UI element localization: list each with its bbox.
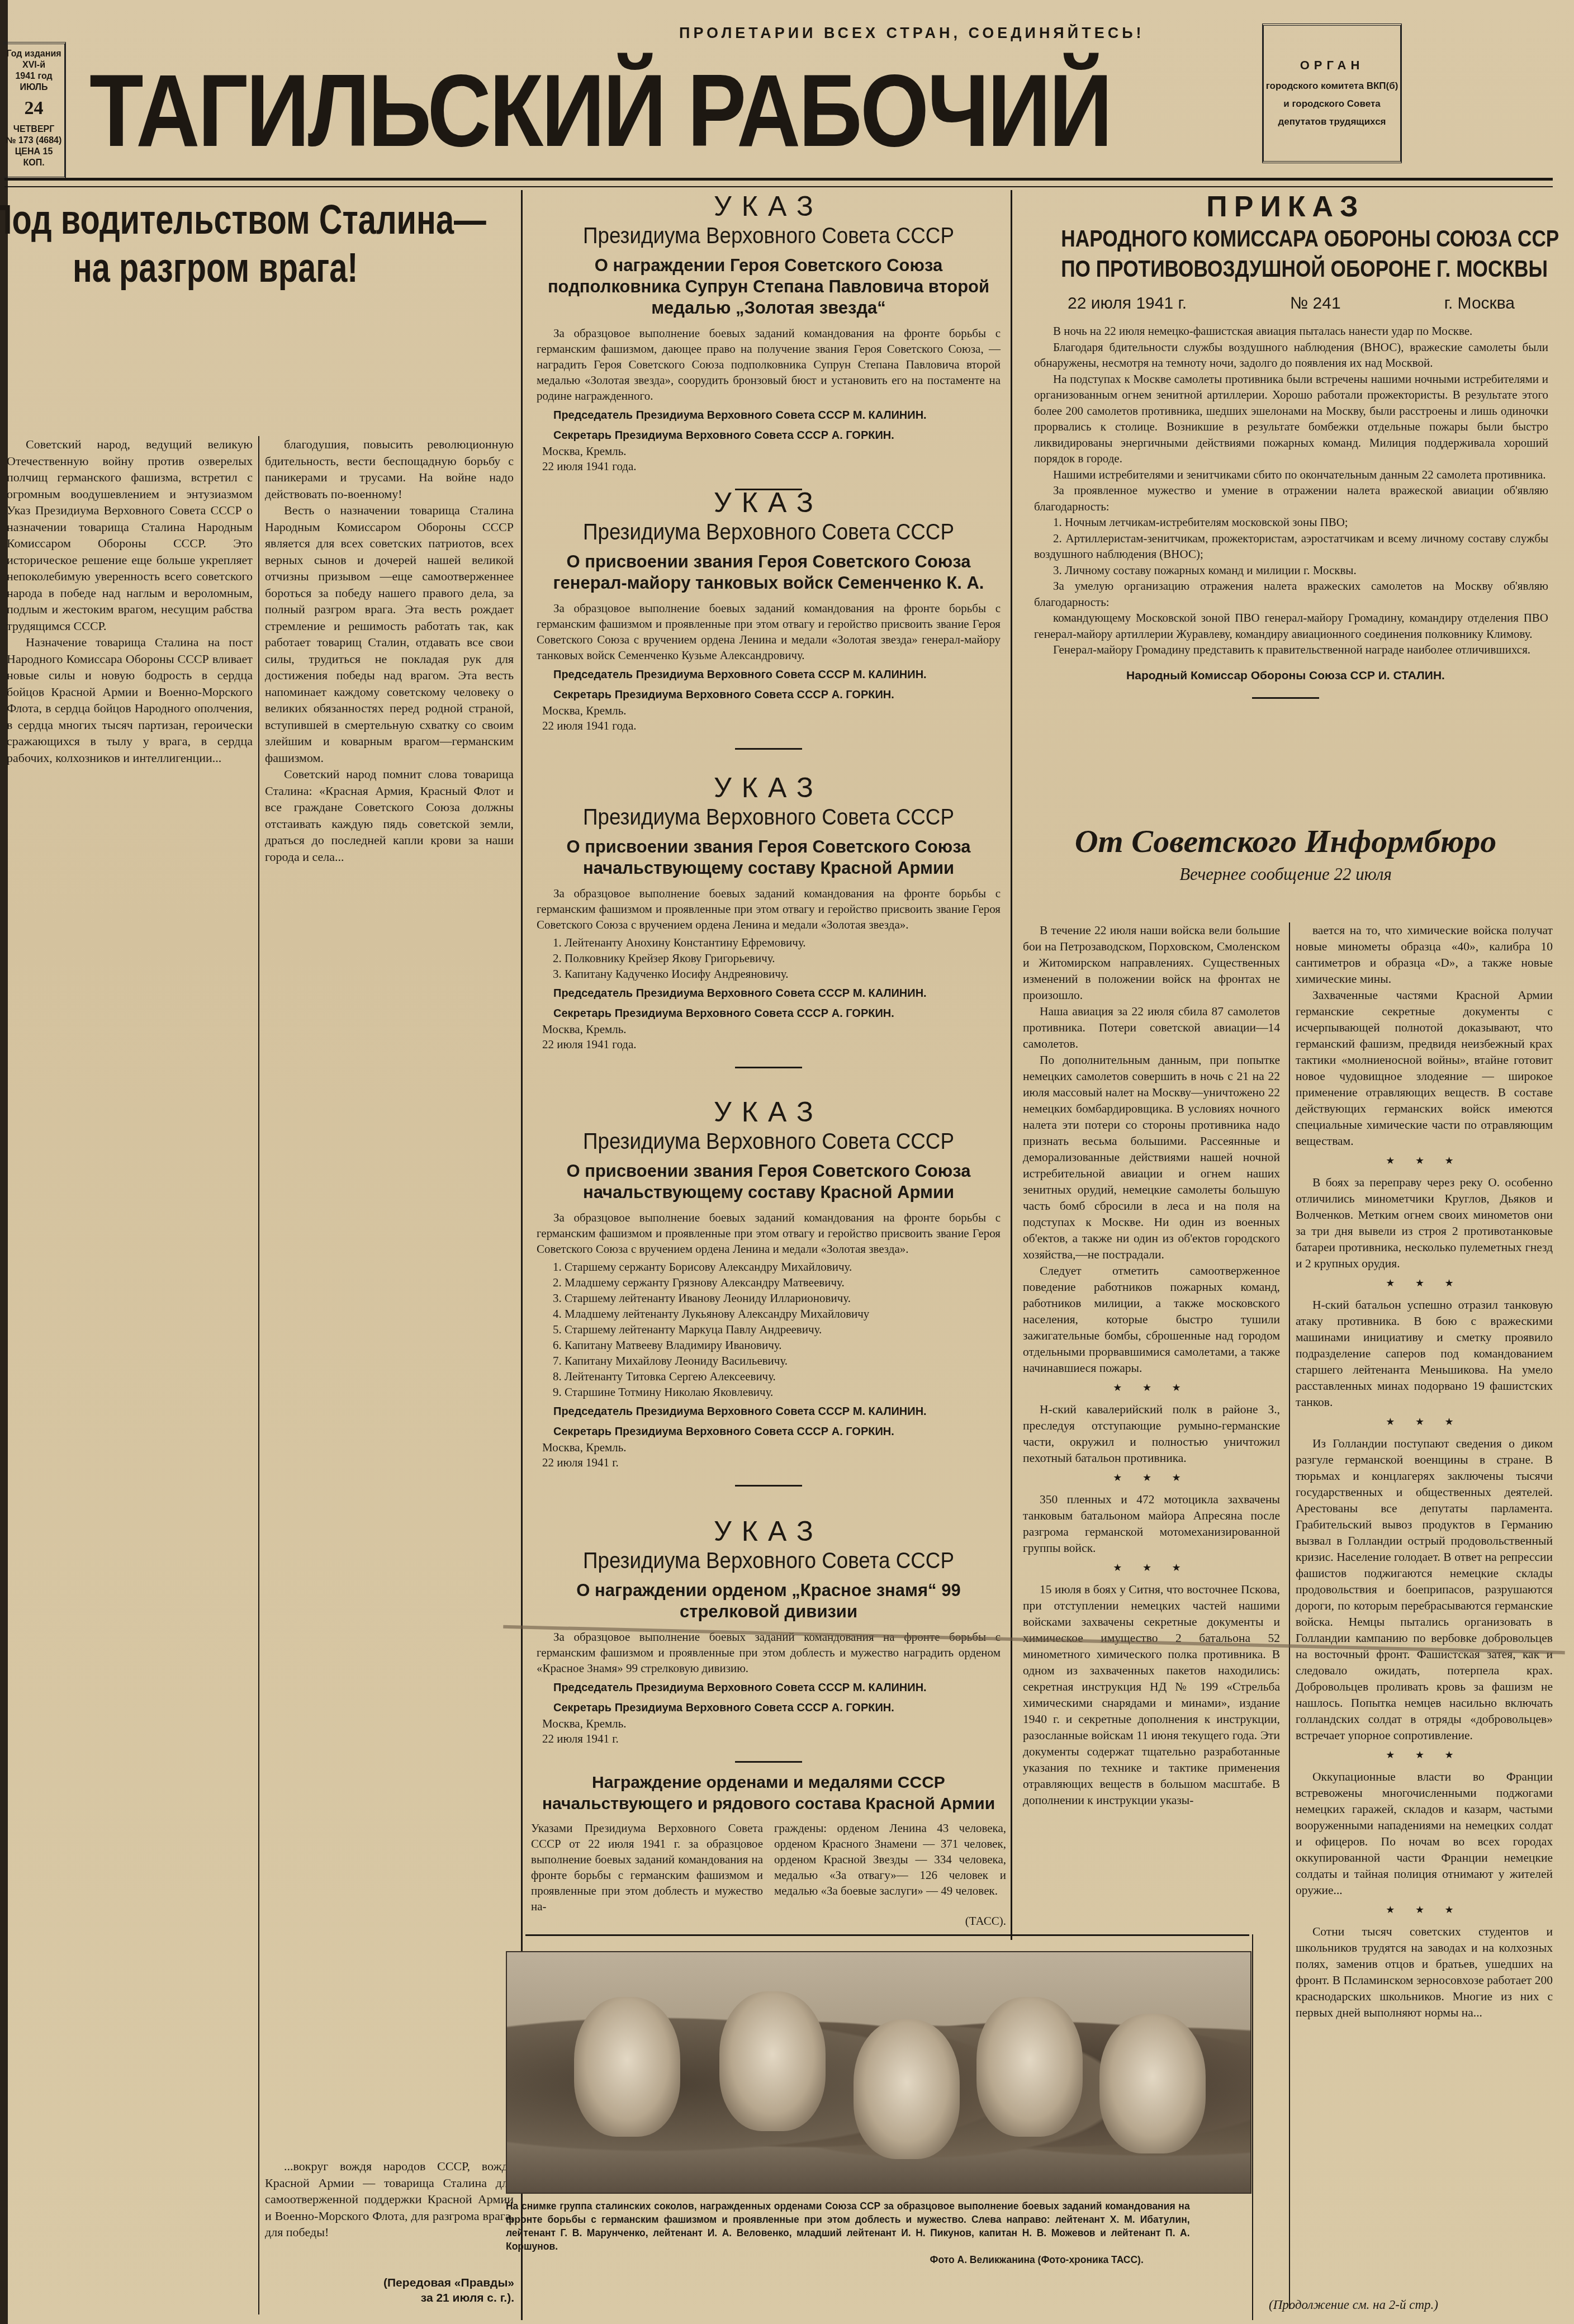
decree-text: За образцовое выполнение боевых заданий … xyxy=(537,600,1001,663)
decree-subject: О награждении орденом „Красное знамя“ 99… xyxy=(531,1580,1006,1622)
decree-list-item: Младшему сержанту Грязнову Александру Ма… xyxy=(565,1275,1006,1290)
decree-issuer: Президиума Верховного Совета СССР xyxy=(550,223,987,249)
section-stars: ★ ★ ★ xyxy=(1296,1275,1553,1291)
paragraph: В течение 22 июля наши войска вели больш… xyxy=(1023,922,1280,1004)
decree-list-item: Старшему лейтенанту Иванову Леониду Илла… xyxy=(565,1290,1006,1306)
decree-secretary: Секретарь Президиума Верховного Совета С… xyxy=(553,1005,1006,1022)
paragraph: Оккупационные власти во Франции встревож… xyxy=(1296,1769,1553,1899)
decree-date: 22 июля 1941 года. xyxy=(542,718,1006,733)
decree-word: УКАЗ xyxy=(531,771,1006,804)
photo-credit: Фото А. Великжанина (Фото-хроника ТАСС). xyxy=(506,2254,1144,2267)
decree-list-item: Полковнику Крейзер Якову Григорьевичу. xyxy=(565,950,1006,966)
decree: УКАЗПрезидиума Верховного Совета СССРО п… xyxy=(531,1096,1006,1487)
section-rule xyxy=(735,748,802,750)
awards-source: (ТАСС). xyxy=(531,1914,1006,1928)
decree-secretary: Секретарь Президиума Верховного Совета С… xyxy=(553,687,1006,703)
awards-article: Награждение орденами и медалями СССР нач… xyxy=(531,1772,1006,1928)
decree-list-item: Лейтенанту Анохину Константину Ефремович… xyxy=(565,935,1006,950)
order-title-line2: ПО ПРОТИВОВОЗДУШНОЙ ОБОРОНЕ Г. МОСКВЫ xyxy=(1061,254,1510,284)
decree-list-item: Капитану Кадученко Иосифу Андреяновичу. xyxy=(565,966,1006,982)
pilot-portrait xyxy=(574,1997,680,2137)
day: 24 xyxy=(3,97,64,121)
month: ИЮЛЬ xyxy=(3,82,64,93)
decree-text: За образцовое выполнение боевых заданий … xyxy=(537,325,1001,404)
decree-subject: О присвоении звания Героя Советского Сою… xyxy=(531,551,1006,594)
pilot-portrait xyxy=(854,2019,960,2159)
decree: УКАЗПрезидиума Верховного Совета СССРО п… xyxy=(531,771,1006,1068)
informburo-column-2: вается на то, что химические войска полу… xyxy=(1296,922,1553,2303)
paragraph: Из Голландии поступают сведения о диком … xyxy=(1296,1436,1553,1744)
column-divider xyxy=(258,436,259,2314)
section-rule xyxy=(1252,697,1319,699)
decree-list-item: Старшине Тотмину Николаю Яковлевичу. xyxy=(565,1384,1006,1400)
decree-issuer: Президиума Верховного Совета СССР xyxy=(550,1128,987,1155)
decree-text: За образцовое выполнение боевых заданий … xyxy=(537,1210,1001,1257)
paragraph: 3. Личному составу пожарных команд и мил… xyxy=(1034,562,1548,579)
decree-place: Москва, Кремль. xyxy=(542,444,1006,459)
section-stars: ★ ★ ★ xyxy=(1296,1902,1553,1918)
organ-line: городского комитета ВКП(б) xyxy=(1264,77,1400,95)
issue-number: № 173 (4684) xyxy=(3,135,64,146)
section-stars: ★ ★ ★ xyxy=(1023,1470,1280,1486)
paragraph: Следует отметить самоотверженное поведен… xyxy=(1023,1263,1280,1376)
decree-place: Москва, Кремль. xyxy=(542,1440,1006,1455)
newspaper-page: Год издания XVI-й 1941 год ИЮЛЬ 24 ЧЕТВЕ… xyxy=(0,0,1574,2324)
informburo-headline: От Советского Информбюро xyxy=(1012,822,1559,861)
decree-word: УКАЗ xyxy=(531,190,1006,223)
continuation-note: (Продолжение см. на 2-й стр.) xyxy=(1269,2298,1438,2312)
masthead: Год издания XVI-й 1941 год ИЮЛЬ 24 ЧЕТВЕ… xyxy=(0,0,1574,184)
decree-place: Москва, Кремль. xyxy=(542,1022,1006,1037)
decree-secretary: Секретарь Президиума Верховного Совета С… xyxy=(553,427,1006,444)
paragraph: 15 июля в боях у Ситня, что восточнее Пс… xyxy=(1023,1582,1280,1809)
paragraph: 2. Артиллеристам-зенитчикам, прожекторис… xyxy=(1034,531,1548,562)
section-stars: ★ ★ ★ xyxy=(1296,1153,1553,1169)
order-title-line1: НАРОДНОГО КОМИССАРА ОБОРОНЫ СОЮЗА ССР xyxy=(1061,224,1510,254)
decree-date: 22 июля 1941 года. xyxy=(542,459,1006,474)
lead-article-column-2: благодушия, повысить революционную бдите… xyxy=(265,436,514,2113)
decree-chairman: Председатель Президиума Верховного Совет… xyxy=(553,407,1006,424)
paragraph: Генерал-майору Громадину представить к п… xyxy=(1034,642,1548,658)
organ-line: и городского Совета xyxy=(1264,95,1400,113)
section-rule xyxy=(735,1067,802,1068)
paragraph: благодушия, повысить революционную бдите… xyxy=(265,436,514,502)
paragraph: Советский народ помнит слова товарища Ст… xyxy=(265,766,514,865)
awards-headline: Награждение орденами и медалями СССР нач… xyxy=(531,1772,1006,1815)
decree-date: 22 июля 1941 г. xyxy=(542,1731,1006,1746)
decree-subject: О присвоении звания Героя Советского Сою… xyxy=(531,836,1006,879)
organ-box: ОРГАН городского комитета ВКП(б) и город… xyxy=(1262,23,1402,163)
decree-list-item: Старшему сержанту Борисову Александру Ми… xyxy=(565,1259,1006,1275)
decree-list-item: Младшему лейтенанту Лукьянову Александру… xyxy=(565,1306,1006,1322)
pilot-portrait xyxy=(1099,2014,1206,2153)
order-number: № 241 xyxy=(1290,294,1341,313)
lead-article-ending: ...вокруг вождя народов СССР, вождя Крас… xyxy=(265,2158,514,2241)
decree: УКАЗПрезидиума Верховного Совета СССРО н… xyxy=(531,190,1006,490)
decree-chairman: Председатель Президиума Верховного Совет… xyxy=(553,985,1006,1002)
decree-list-item: Старшему лейтенанту Маркуца Павлу Андрее… xyxy=(565,1322,1006,1337)
organ-line: депутатов трудящихся xyxy=(1264,113,1400,131)
price: ЦЕНА 15 КОП. xyxy=(3,146,64,169)
decree-text: За образцовое выполнение боевых заданий … xyxy=(537,886,1001,933)
decree-place: Москва, Кремль. xyxy=(542,703,1006,718)
section-stars: ★ ★ ★ xyxy=(1023,1380,1280,1396)
lead-headline-line2: на разгром врага! xyxy=(73,244,421,292)
paragraph: Благодаря бдительности службы воздушного… xyxy=(1034,339,1548,371)
paragraph: Захваченные частями Красной Армии герман… xyxy=(1296,987,1553,1149)
masthead-rule xyxy=(4,178,1553,187)
decree-chairman: Председатель Президиума Верховного Совет… xyxy=(553,1679,1006,1696)
section-stars: ★ ★ ★ xyxy=(1023,1560,1280,1576)
decree-chairman: Председатель Президиума Верховного Совет… xyxy=(553,1403,1006,1420)
informburo-subheadline: Вечернее сообщение 22 июля xyxy=(1012,864,1559,884)
decree-list-item: Лейтенанту Титовка Сергею Алексеевичу. xyxy=(565,1369,1006,1384)
newspaper-title: ТАГИЛЬСКИЙ РАБОЧИЙ xyxy=(89,63,709,158)
order-meta: 22 июля 1941 г. № 241 г. Москва xyxy=(1068,294,1515,313)
awards-col-1: Указами Президиума Верховного Совета ССС… xyxy=(531,1820,763,1914)
order-article: ПРИКАЗ НАРОДНОГО КОМИССАРА ОБОРОНЫ СОЮЗА… xyxy=(1012,190,1559,699)
section-rule xyxy=(735,1485,802,1487)
order-word: ПРИКАЗ xyxy=(1012,190,1559,224)
decree-place: Москва, Кремль. xyxy=(542,1716,1006,1731)
decree-issuer: Президиума Верховного Совета СССР xyxy=(550,804,987,831)
order-text: В ночь на 22 июля немецко-фашистская ави… xyxy=(1034,323,1548,658)
slogan: ПРОЛЕТАРИИ ВСЕХ СТРАН, СОЕДИНЯЙТЕСЬ! xyxy=(679,25,1145,42)
year-of-publication: Год издания XVI-й xyxy=(3,49,64,71)
paragraph: командующему Московской зоной ПВО генера… xyxy=(1034,610,1548,642)
lead-article: Под водительством Сталина— на разгром вр… xyxy=(0,196,520,292)
decree-subject: О награждении Героя Советского Союза под… xyxy=(531,255,1006,319)
order-date: 22 июля 1941 г. xyxy=(1068,294,1187,313)
paragraph: Н-ский кавалерийский полк в районе З., п… xyxy=(1023,1402,1280,1466)
paragraph: Весть о назначении товарища Сталина Наро… xyxy=(265,502,514,766)
year: 1941 год xyxy=(3,71,64,82)
decree-date: 22 июля 1941 года. xyxy=(542,1037,1006,1052)
paragraph: Нашими истребителями и зенитчиками сбито… xyxy=(1034,467,1548,483)
order-city: г. Москва xyxy=(1444,294,1515,313)
section-stars: ★ ★ ★ xyxy=(1296,1747,1553,1763)
paragraph: Наша авиация за 22 июля сбила 87 самолет… xyxy=(1023,1004,1280,1052)
decree-word: УКАЗ xyxy=(531,1515,1006,1547)
decree-date: 22 июля 1941 г. xyxy=(542,1455,1006,1470)
paragraph: В ночь на 22 июля немецко-фашистская ави… xyxy=(1034,323,1548,339)
informburo-column-1: В течение 22 июля наши войска вели больш… xyxy=(1023,922,1280,1940)
decree-word: УКАЗ xyxy=(531,486,1006,519)
decree-chairman: Председатель Президиума Верховного Совет… xyxy=(553,666,1006,683)
pilot-portrait xyxy=(976,1997,1083,2137)
lead-article-source: (Передовая «Правды» за 21 июля с. г.). xyxy=(279,2275,514,2306)
decree-secretary: Секретарь Президиума Верховного Совета С… xyxy=(553,1700,1006,1716)
paragraph: вается на то, что химические войска полу… xyxy=(1296,922,1553,987)
paragraph: В боях за переправу через реку О. особен… xyxy=(1296,1175,1553,1272)
paragraph: За умелую организацию отражения налета в… xyxy=(1034,578,1548,610)
lead-headline-line1: Под водительством Сталина— xyxy=(0,196,403,244)
pilot-portrait xyxy=(719,1991,826,2131)
weekday: ЧЕТВЕРГ xyxy=(3,124,64,135)
paragraph: 1. Ночным летчикам-истребителям московск… xyxy=(1034,514,1548,531)
order-signature: Народный Комиссар Обороны Союза ССР И. С… xyxy=(1012,669,1559,683)
decree-secretary: Секретарь Президиума Верховного Совета С… xyxy=(553,1423,1006,1440)
decree-word: УКАЗ xyxy=(531,1096,1006,1128)
lead-article-column-1: Советский народ, ведущий великую Отечест… xyxy=(7,436,253,2147)
section-rule xyxy=(735,1761,802,1763)
organ-heading: ОРГАН xyxy=(1264,54,1400,77)
paragraph: Советский народ, ведущий великую Отечест… xyxy=(7,436,253,634)
paragraph: За проявленное мужество и умение в отраж… xyxy=(1034,482,1548,514)
awards-col-2: граждены: орденом Ленина 43 человека, ор… xyxy=(774,1820,1006,1914)
decree: УКАЗПрезидиума Верховного Совета СССРО п… xyxy=(531,486,1006,750)
issue-info-box: Год издания XVI-й 1941 год ИЮЛЬ 24 ЧЕТВЕ… xyxy=(3,42,66,179)
paragraph: Назначение товарища Сталина на пост Наро… xyxy=(7,634,253,766)
decree-list-item: Капитану Михайлову Леониду Васильевичу. xyxy=(565,1353,1006,1369)
section-stars: ★ ★ ★ xyxy=(1296,1414,1553,1430)
paragraph: Н-ский батальон успешно отразил танковую… xyxy=(1296,1297,1553,1411)
decree-list: Лейтенанту Анохину Константину Ефремович… xyxy=(553,935,1006,982)
decree-issuer: Президиума Верховного Совета СССР xyxy=(550,519,987,546)
decree-list-item: Капитану Матвееву Владимиру Ивановичу. xyxy=(565,1337,1006,1353)
paragraph: 350 пленных и 472 мотоцикла захвачены та… xyxy=(1023,1492,1280,1556)
decree-issuer: Президиума Верховного Совета СССР xyxy=(550,1547,987,1574)
informburo-header: От Советского Информбюро Вечернее сообще… xyxy=(1012,822,1559,884)
pilots-photo xyxy=(506,1951,1251,2194)
paragraph: На подступах к Москве самолеты противник… xyxy=(1034,371,1548,467)
photo-caption: На снимке группа сталинских соколов, наг… xyxy=(506,2200,1190,2267)
decree-list: Старшему сержанту Борисову Александру Ми… xyxy=(553,1259,1006,1400)
paragraph: По дополнительным данным, при попытке не… xyxy=(1023,1052,1280,1263)
decree-subject: О присвоении звания Героя Советского Сою… xyxy=(531,1161,1006,1203)
paragraph: Сотни тысяч советских студентов и школьн… xyxy=(1296,1924,1553,2021)
